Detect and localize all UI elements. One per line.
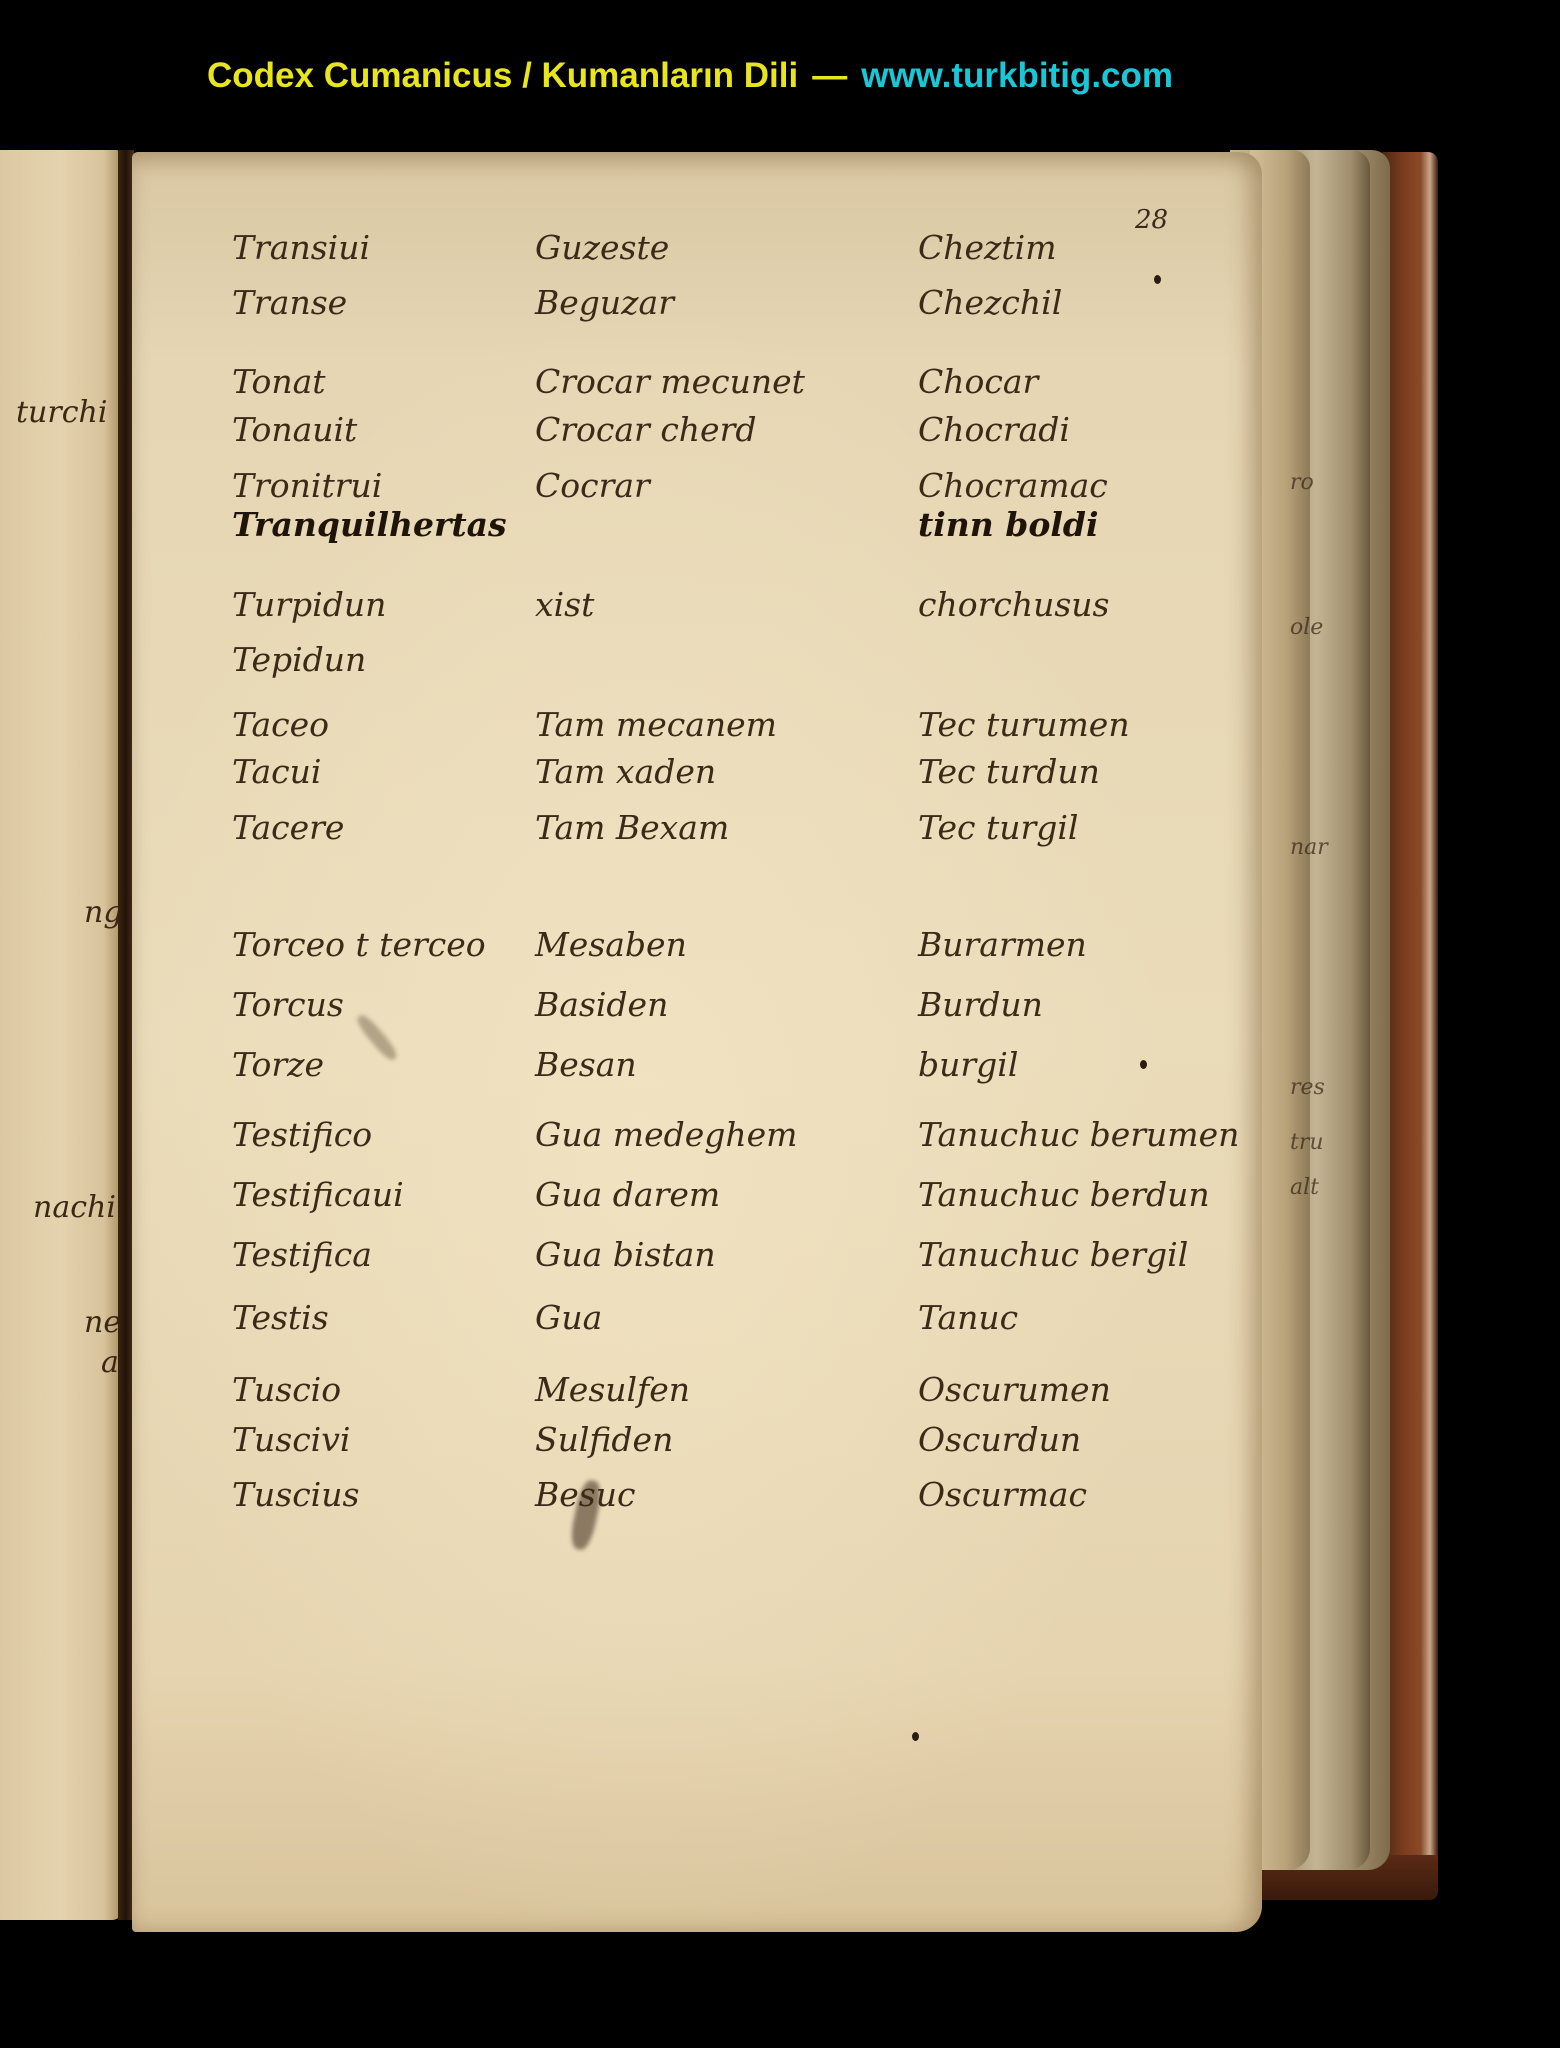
glossary-cuman-word: Burdun bbox=[918, 985, 1043, 1024]
glossary-latin-word: Testifico bbox=[232, 1115, 372, 1154]
glossary-latin-word: Tonat bbox=[232, 362, 326, 401]
glossary-persian-word: Mesulfen bbox=[535, 1370, 690, 1409]
glossary-latin-word: Torceo t terceo bbox=[232, 925, 486, 964]
ink-dot bbox=[1140, 1060, 1147, 1069]
left-page-fragment: turchi bbox=[16, 395, 107, 430]
glossary-persian-word: Gua bbox=[535, 1298, 602, 1337]
glossary-cuman-word: Chocradi bbox=[918, 410, 1070, 449]
glossary-latin-word: Tuscio bbox=[232, 1370, 341, 1409]
glossary-cuman-word: Oscurdun bbox=[918, 1420, 1081, 1459]
glossary-latin-word: Tacere bbox=[232, 808, 344, 847]
glossary-persian-word: Mesaben bbox=[535, 925, 687, 964]
glossary-persian-word: xist bbox=[535, 585, 594, 624]
glossary-latin-word: Testificaui bbox=[232, 1175, 404, 1214]
glossary-latin-word: Testis bbox=[232, 1298, 329, 1337]
header-title: Codex Cumanicus / Kumanların Dili bbox=[207, 56, 798, 95]
glossary-cuman-word: Tec turgil bbox=[918, 808, 1078, 847]
glossary-latin-word: Torze bbox=[232, 1045, 324, 1084]
glossary-persian-word: Beguzar bbox=[535, 283, 674, 322]
glossary-latin-word: Tronitrui bbox=[232, 466, 382, 505]
glossary-persian-word: Guzeste bbox=[535, 228, 669, 267]
page-number: 28 bbox=[1135, 205, 1168, 235]
glossary-persian-word: Crocar mecunet bbox=[535, 362, 805, 401]
site-header: Codex Cumanicus / Kumanların Dili—www.tu… bbox=[207, 56, 1173, 106]
header-website: www.turkbitig.com bbox=[861, 56, 1173, 95]
left-page-fragment: ne bbox=[84, 1305, 121, 1340]
glossary-persian-word: Tam Bexam bbox=[535, 808, 729, 847]
glossary-persian-word: Gua darem bbox=[535, 1175, 720, 1214]
page-edge-fragment: alt bbox=[1290, 1175, 1319, 1200]
glossary-cuman-word: Burarmen bbox=[918, 925, 1087, 964]
glossary-cuman-word: Cheztim bbox=[918, 228, 1057, 267]
glossary-persian-word: Sulfiden bbox=[535, 1420, 673, 1459]
glossary-cuman-word: Tanuchuc berdun bbox=[918, 1175, 1210, 1214]
header-separator: — bbox=[812, 56, 847, 95]
glossary-cuman-word: chorchusus bbox=[918, 585, 1110, 624]
glossary-latin-word: Tacui bbox=[232, 752, 321, 791]
glossary-persian-word: Besan bbox=[535, 1045, 637, 1084]
glossary-latin-word: Transe bbox=[232, 283, 347, 322]
glossary-latin-word: Torcus bbox=[232, 985, 344, 1024]
glossary-latin-word: Tonauit bbox=[232, 410, 357, 449]
page-edge-fragment: ole bbox=[1290, 615, 1323, 640]
glossary-cuman-word: Tanuc bbox=[918, 1298, 1018, 1337]
glossary-latin-word: Tuscius bbox=[232, 1475, 359, 1514]
glossary-cuman-word: Tanuchuc berumen bbox=[918, 1115, 1239, 1154]
glossary-cuman-word: Oscurmac bbox=[918, 1475, 1087, 1514]
page-edge-fragment: ro bbox=[1290, 470, 1314, 495]
glossary-cuman-word: tinn boldi bbox=[918, 505, 1099, 544]
glossary-latin-word: Turpidun bbox=[232, 585, 386, 624]
glossary-persian-word: Gua bistan bbox=[535, 1235, 716, 1274]
glossary-cuman-word: Tanuchuc bergil bbox=[918, 1235, 1188, 1274]
left-page-fragment: ng bbox=[84, 895, 123, 930]
page-edge-fragment: tru bbox=[1290, 1130, 1324, 1155]
glossary-latin-word: Tranquilhertas bbox=[232, 505, 507, 544]
glossary-persian-word: Tam xaden bbox=[535, 752, 716, 791]
glossary-persian-word: Crocar cherd bbox=[535, 410, 756, 449]
left-page-fragment: nachi bbox=[33, 1190, 116, 1225]
glossary-cuman-word: Chocramac bbox=[918, 466, 1108, 505]
glossary-cuman-word: Oscurumen bbox=[918, 1370, 1111, 1409]
glossary-cuman-word: burgil bbox=[918, 1045, 1018, 1084]
glossary-persian-word: Cocrar bbox=[535, 466, 650, 505]
glossary-cuman-word: Chezchil bbox=[918, 283, 1062, 322]
glossary-latin-word: Tepidun bbox=[232, 640, 366, 679]
glossary-latin-word: Testifica bbox=[232, 1235, 372, 1274]
page-edge-fragment: nar bbox=[1290, 835, 1328, 860]
glossary-persian-word: Gua medeghem bbox=[535, 1115, 797, 1154]
left-page-fragment: a bbox=[101, 1345, 119, 1380]
ink-dot bbox=[1154, 275, 1161, 284]
glossary-cuman-word: Tec turdun bbox=[918, 752, 1100, 791]
glossary-latin-word: Transiui bbox=[232, 228, 370, 267]
glossary-persian-word: Basiden bbox=[535, 985, 668, 1024]
ink-dot bbox=[912, 1732, 919, 1741]
glossary-cuman-word: Chocar bbox=[918, 362, 1038, 401]
glossary-cuman-word: Tec turumen bbox=[918, 705, 1130, 744]
glossary-latin-word: Taceo bbox=[232, 705, 329, 744]
page-edge-fragment: res bbox=[1290, 1075, 1325, 1100]
glossary-persian-word: Tam mecanem bbox=[535, 705, 777, 744]
glossary-latin-word: Tuscivi bbox=[232, 1420, 350, 1459]
